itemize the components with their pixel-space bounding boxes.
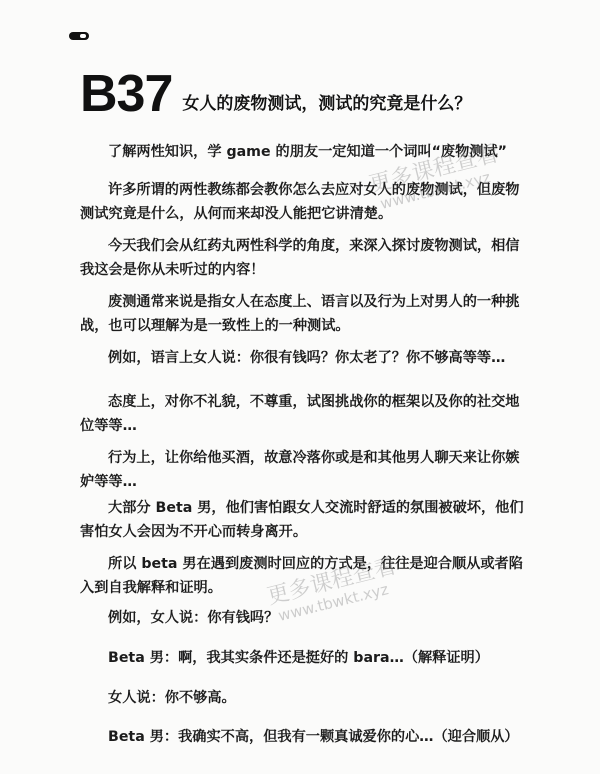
dialogue-line: 女人说：你不够高。 [108, 686, 548, 710]
paragraph: 行为上，让你给他买酒，故意冷落你或是和其他男人聊天来让你嫉妒等等… [80, 446, 524, 494]
paragraph: 态度上，对你不礼貌，不尊重，试图挑战你的框架以及你的社交地位等等… [80, 390, 524, 438]
document-page: B37 女人的废物测试，测试的究竟是什么？ 了解两性知识，学 game 的朋友一… [0, 0, 600, 774]
paragraph: 例如，语言上女人说：你很有钱吗？你太老了？你不够高等等… [80, 346, 524, 370]
dialogue-line: Beta 男：我确实不高，但我有一颗真诚爱你的心…（迎合顺从） [108, 725, 548, 749]
paragraph: 许多所谓的两性教练都会教你怎么去应对女人的废物测试，但废物测试究竟是什么，从何而… [80, 178, 524, 226]
dialogue-line: Beta 男：啊，我其实条件还是挺好的 bara…（解释证明） [108, 646, 548, 670]
paragraph: 了解两性知识，学 game 的朋友一定知道一个词叫“废物测试” [80, 140, 524, 164]
paragraph: 所以 beta 男在遇到废测时回应的方式是，往往是迎合顺从或者陷入到自我解释和证… [80, 552, 524, 600]
tab-marker-icon [69, 32, 89, 40]
paragraph: 废测通常来说是指女人在态度上、语言以及行为上对男人的一种挑战，也可以理解为是一致… [80, 290, 524, 338]
dialogue-line: 例如，女人说：你有钱吗？ [108, 606, 548, 630]
chapter-heading: B37 女人的废物测试，测试的究竟是什么？ [80, 72, 471, 116]
chapter-title: 女人的废物测试，测试的究竟是什么？ [182, 89, 471, 114]
paragraph: 大部分 Beta 男，他们害怕跟女人交流时舒适的氛围被破坏，他们害怕女人会因为不… [80, 496, 524, 544]
paragraph: 今天我们会从红药丸两性科学的角度，来深入探讨废物测试，相信我这会是你从未听过的内… [80, 234, 524, 282]
chapter-number: B37 [80, 72, 172, 116]
